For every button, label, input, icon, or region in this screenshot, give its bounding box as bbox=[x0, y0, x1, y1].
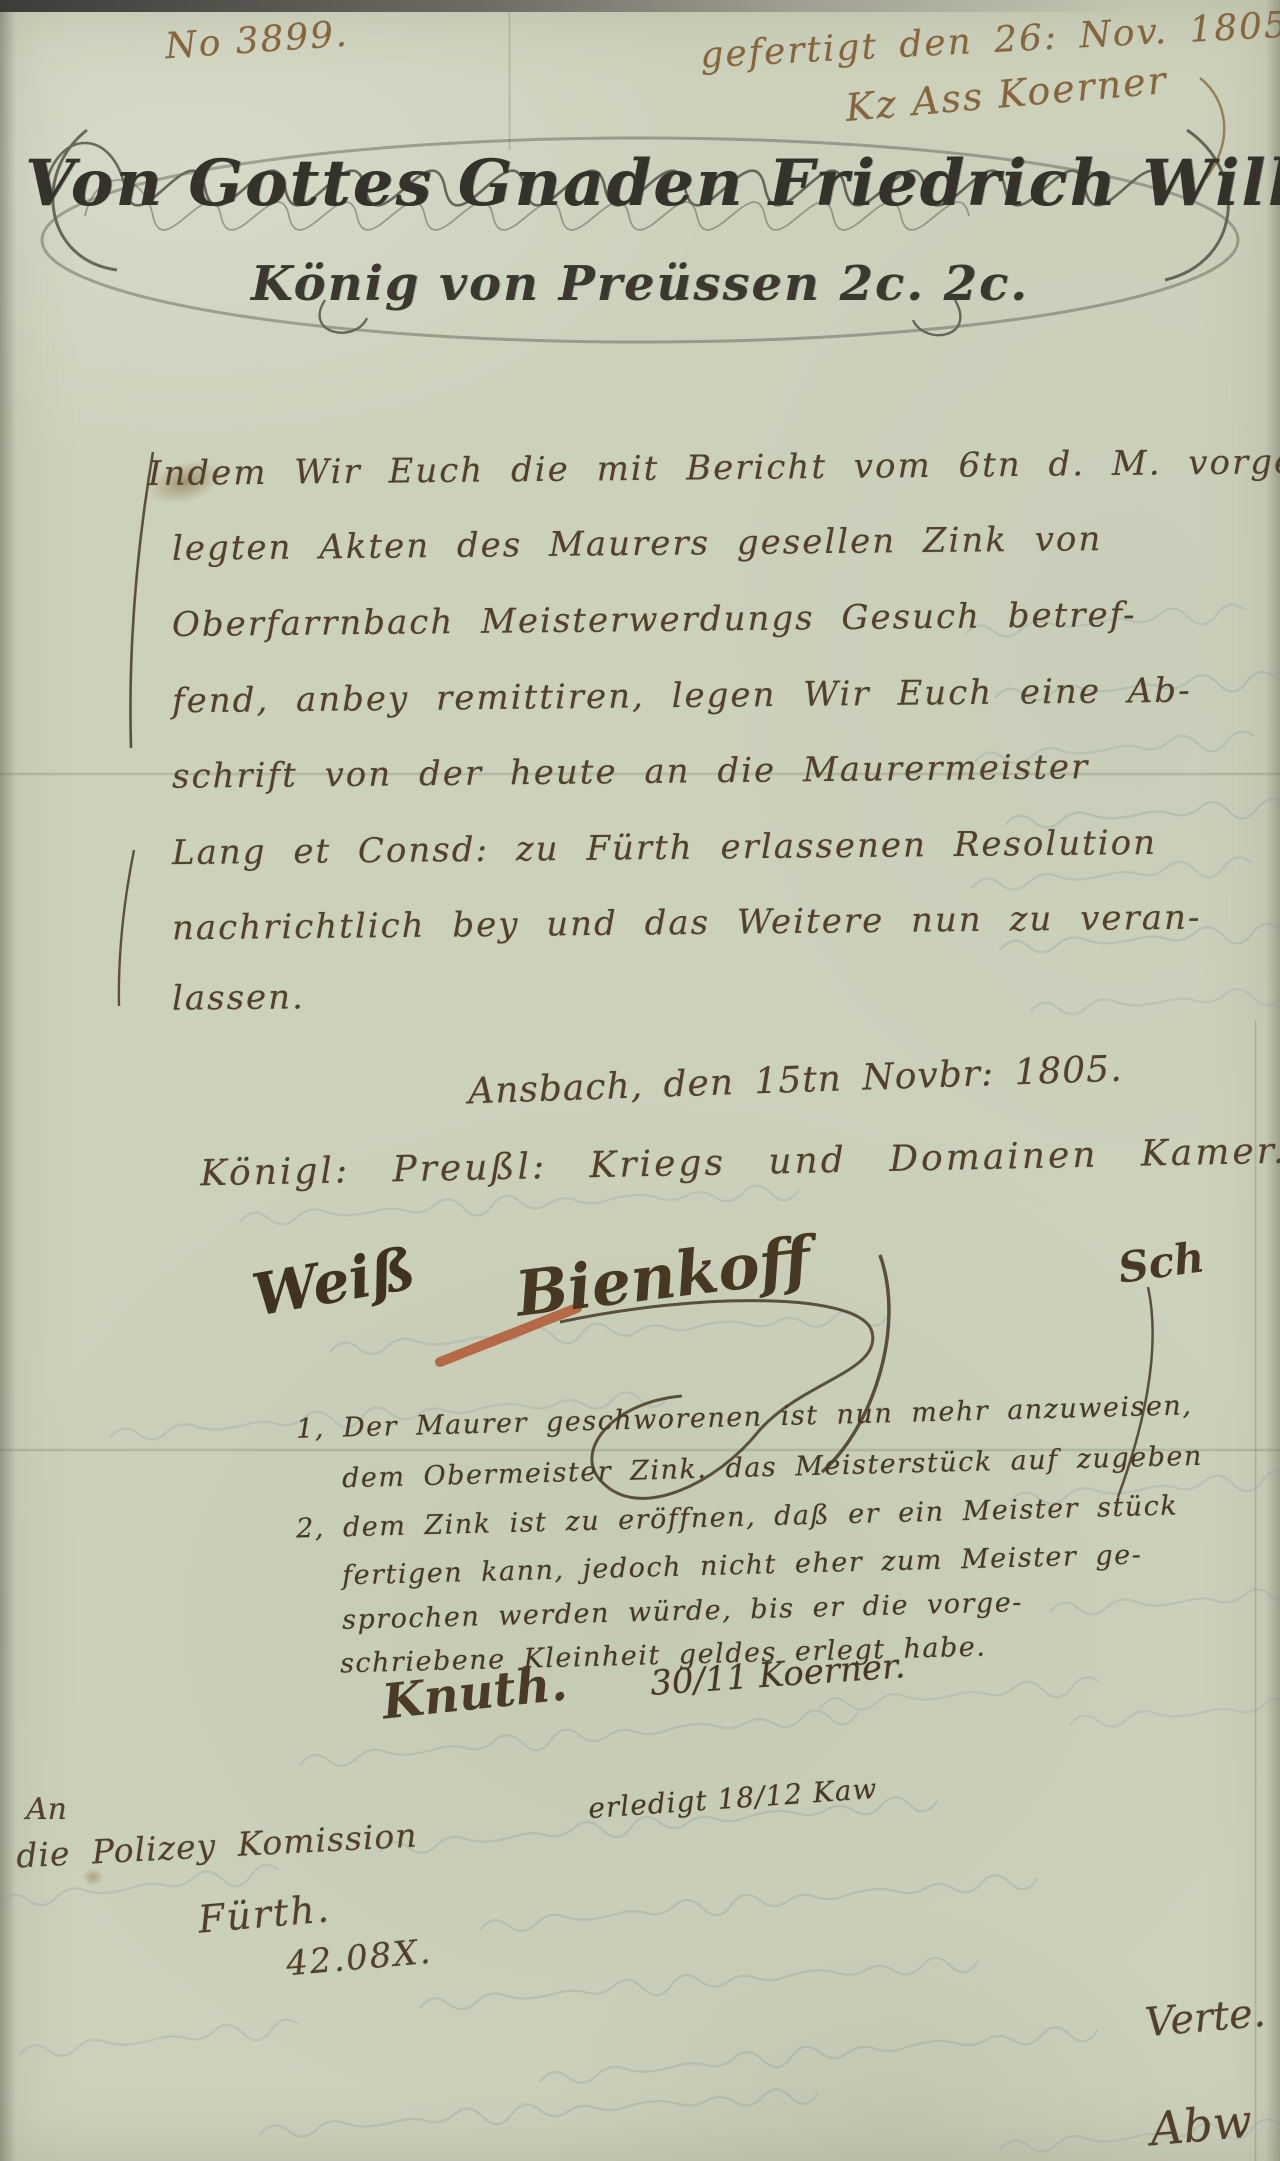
letterhead-line2: König von Preüssen 2c. 2c. bbox=[25, 256, 1255, 312]
dispatch-date-note: gefertigt den 26: Nov. 1805 bbox=[699, 5, 1280, 77]
letterhead-line1: Von Gottes Gnaden Friedrich Wilhelm, bbox=[25, 146, 1255, 221]
body-line: Indem Wir Euch die mit Bericht vom 6tn d… bbox=[148, 442, 1280, 494]
address-line: 42.08X. bbox=[285, 1932, 434, 1985]
paper-right-edge bbox=[1266, 0, 1280, 2161]
body-line: Oberfarrnbach Meisterwerdungs Gesuch bet… bbox=[172, 595, 1137, 645]
manuscript-page: No 3899. gefertigt den 26: Nov. 1805 Kz … bbox=[0, 0, 1280, 2161]
address-line: die Polizey Komission bbox=[15, 1816, 418, 1876]
marginal-note-line: 2, dem Zink ist zu eröffnen, daß er ein … bbox=[296, 1490, 1179, 1544]
signature-left: Weiß bbox=[247, 1234, 420, 1329]
margin-marks bbox=[119, 452, 153, 1006]
signature-middle: Bienkoff bbox=[512, 1222, 815, 1331]
body-line: fend, anbey remittiren, legen Wir Euch e… bbox=[172, 671, 1192, 722]
verte-note: Verte. bbox=[1143, 1990, 1267, 2046]
marginal-note-line: sprochen werden würde, bis er die vorge- bbox=[342, 1587, 1024, 1636]
address-line: An bbox=[26, 1792, 67, 1827]
issuing-authority-line: Königl: Preußl: Kriegs und Domainen Kame… bbox=[200, 1131, 1280, 1195]
body-line: schrift von der heute an die Maurermeist… bbox=[172, 747, 1090, 797]
address-line: Fürth. bbox=[196, 1886, 332, 1941]
scan-edge-shadow bbox=[0, 0, 1280, 12]
place-date-line: Ansbach, den 15tn Novbr: 1805. bbox=[467, 1049, 1123, 1113]
engraved-letterhead: Von Gottes Gnaden Friedrich Wilhelm, Kön… bbox=[25, 88, 1255, 348]
body-line: nachrichtlich bey und das Weitere nun zu… bbox=[172, 898, 1202, 949]
signature-right: Sch bbox=[1115, 1232, 1207, 1293]
marginal-note-line: 1, Der Maurer geschworenen ist nun mehr … bbox=[296, 1390, 1193, 1444]
paper-left-edge bbox=[0, 0, 16, 2161]
body-line: Lang et Consd: zu Fürth erlassenen Resol… bbox=[172, 823, 1157, 873]
marginal-note-line: fertigen kann, jedoch nicht eher zum Mei… bbox=[342, 1540, 1143, 1592]
document-number: No 3899. bbox=[164, 14, 350, 68]
body-line: legten Akten des Maurers gesellen Zink v… bbox=[172, 519, 1103, 569]
completion-note: erledigt 18/12 Kaw bbox=[587, 1772, 878, 1825]
cut-off-text: Abw bbox=[1148, 2094, 1254, 2157]
body-line: lassen. bbox=[172, 977, 305, 1018]
